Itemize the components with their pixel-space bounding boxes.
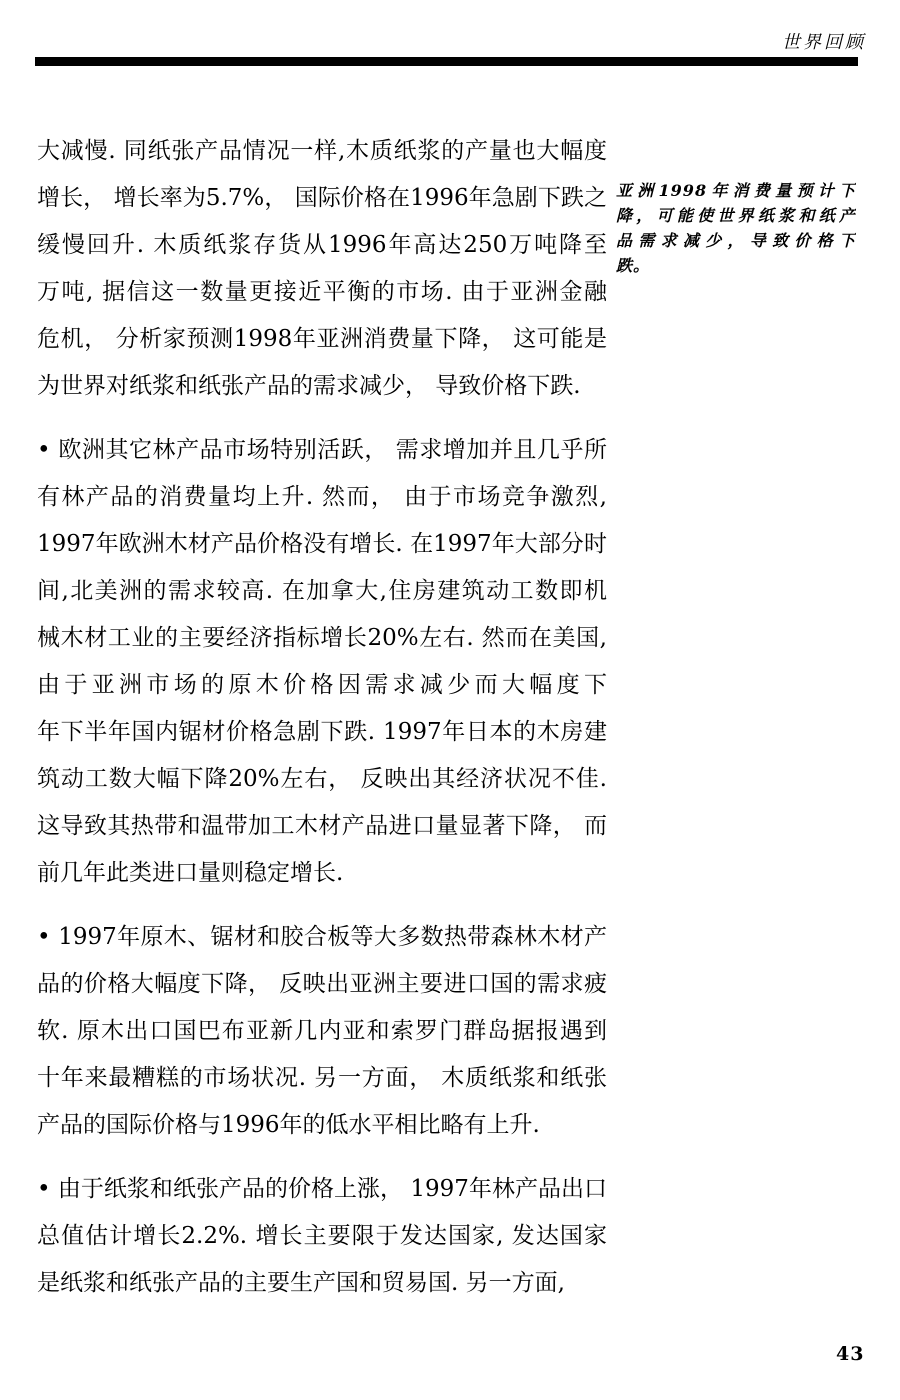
body-line: 有林产品的消费量均上升. 然而， 由于市场竞争激烈,	[37, 474, 607, 521]
body-line: 1997年欧洲木材产品价格没有增长. 在1997年大部分时	[37, 521, 607, 568]
bullet-paragraph: • 由于纸浆和纸张产品的价格上涨， 1997年林产品出口总值估计增长2.2%. …	[37, 1166, 607, 1307]
body-line: 间,北美洲的需求较高. 在加拿大,住房建筑动工数即机	[37, 568, 607, 615]
body-line: 危机， 分析家预测1998年亚洲消费量下降， 这可能是因	[37, 316, 607, 363]
body-line: 是纸浆和纸张产品的主要生产国和贸易国. 另一方面,	[37, 1260, 607, 1307]
margin-note-line: 品需求减少，导致价格下	[616, 228, 856, 253]
body-text: 大减慢. 同纸张产品情况一样,木质纸浆的产量也大幅度增长， 增长率为5.7%， …	[37, 128, 607, 1307]
body-line: 大减慢. 同纸张产品情况一样,木质纸浆的产量也大幅度	[37, 128, 607, 175]
body-line: 总值估计增长2.2%. 增长主要限于发达国家, 发达国家	[37, 1213, 607, 1260]
body-line: 万吨, 据信这一数量更接近平衡的市场. 由于亚洲金融	[37, 269, 607, 316]
body-line: 年下半年国内锯材价格急剧下跌. 1997年日本的木房建	[37, 709, 607, 756]
body-line: 品的价格大幅度下降， 反映出亚洲主要进口国的需求疲	[37, 961, 607, 1008]
body-line: 增长， 增长率为5.7%， 国际价格在1996年急剧下跌之后	[37, 175, 607, 222]
body-line: 械木材工业的主要经济指标增长20%左右. 然而在美国,	[37, 615, 607, 662]
body-line: 前几年此类进口量则稳定增长.	[37, 850, 607, 897]
bullet-paragraph: • 1997年原木、锯材和胶合板等大多数热带森林木材产品的价格大幅度下降， 反映…	[37, 914, 607, 1149]
document-page: 世界回顾 大减慢. 同纸张产品情况一样,木质纸浆的产量也大幅度增长， 增长率为5…	[0, 0, 900, 1400]
margin-note-line: 跌。	[616, 253, 856, 278]
margin-note-line: 亚洲1998年消费量预计下	[616, 178, 856, 203]
running-header: 世界回顾	[782, 28, 866, 54]
body-line: • 1997年原木、锯材和胶合板等大多数热带森林木材产	[37, 914, 607, 961]
body-line: 筑动工数大幅下降20%左右， 反映出其经济状况不佳.	[37, 756, 607, 803]
body-line: 这导致其热带和温带加工木材产品进口量显著下降， 而	[37, 803, 607, 850]
header-rule	[35, 57, 858, 66]
body-line: • 欧洲其它林产品市场特别活跃， 需求增加并且几乎所	[37, 427, 607, 474]
body-line: 缓慢回升. 木质纸浆存货从1996年高达250万吨降至160	[37, 222, 607, 269]
body-line: 十年来最糟糕的市场状况. 另一方面， 木质纸浆和纸张	[37, 1055, 607, 1102]
body-line: 软. 原木出口国巴布亚新几内亚和索罗门群岛据报遇到	[37, 1008, 607, 1055]
body-line: • 由于纸浆和纸张产品的价格上涨， 1997年林产品出口	[37, 1166, 607, 1213]
body-line: 为世界对纸浆和纸张产品的需求减少， 导致价格下跌.	[37, 363, 607, 410]
margin-note-line: 降，可能使世界纸浆和纸产	[616, 203, 856, 228]
bullet-paragraph: • 欧洲其它林产品市场特别活跃， 需求增加并且几乎所有林产品的消费量均上升. 然…	[37, 427, 607, 897]
body-line: 产品的国际价格与1996年的低水平相比略有上升.	[37, 1102, 607, 1149]
body-line: 由于亚洲市场的原木价格因需求减少而大幅度下降,1997	[37, 662, 607, 709]
margin-note: 亚洲1998年消费量预计下降，可能使世界纸浆和纸产品需求减少，导致价格下跌。	[616, 178, 856, 278]
paragraph: 大减慢. 同纸张产品情况一样,木质纸浆的产量也大幅度增长， 增长率为5.7%， …	[37, 128, 607, 410]
page-number: 43	[836, 1343, 864, 1365]
